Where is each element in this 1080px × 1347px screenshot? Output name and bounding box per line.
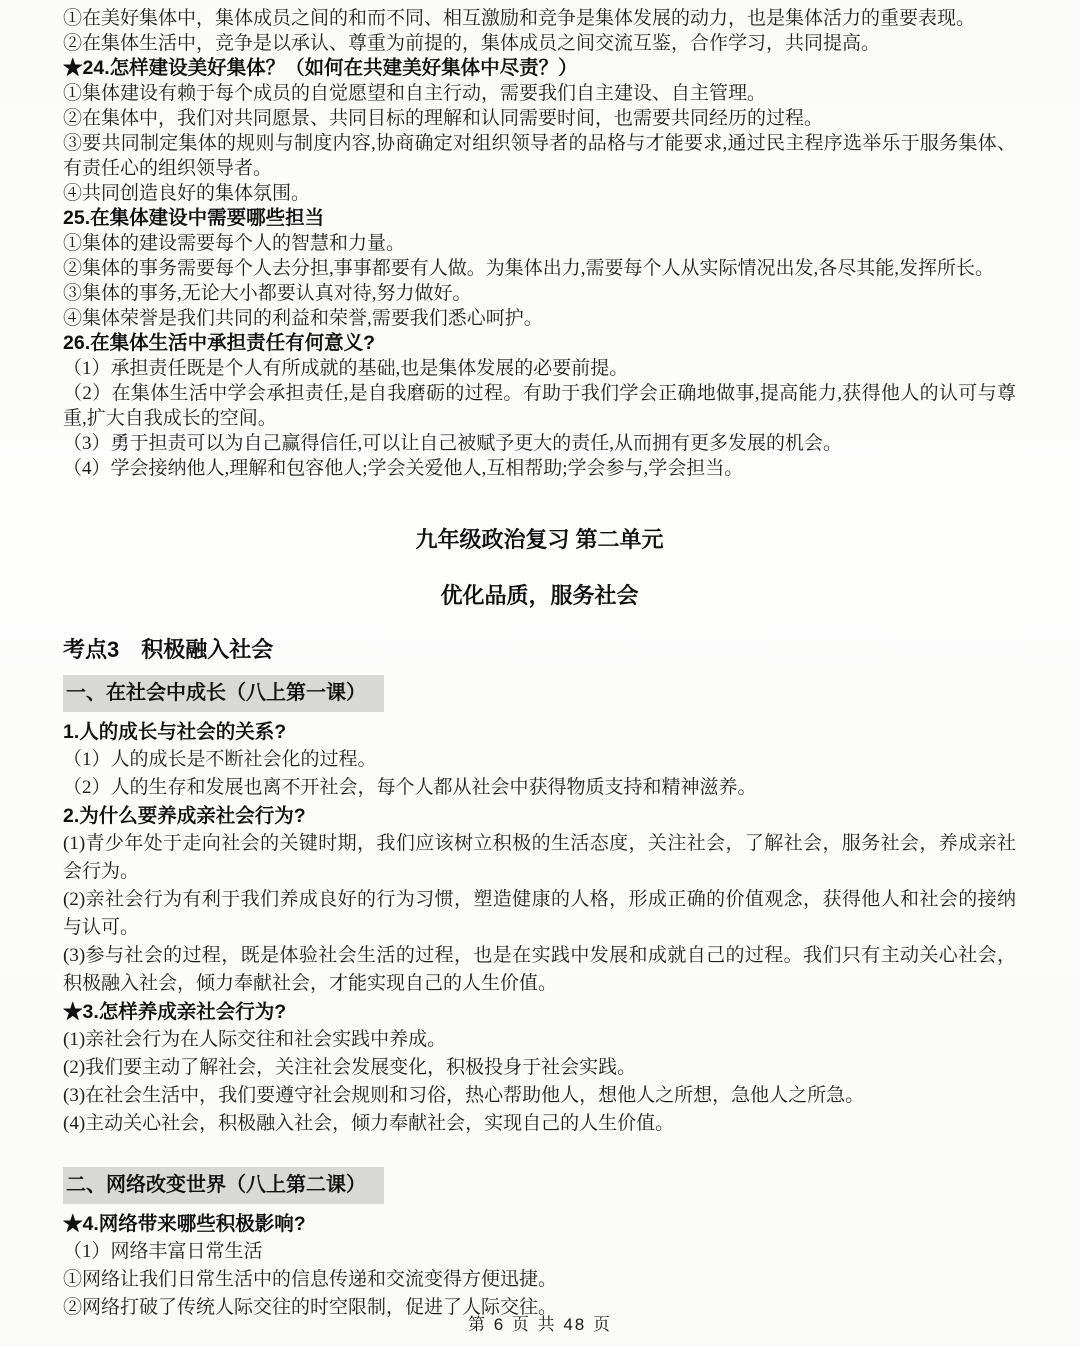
question-heading-3: ★3.怎样养成亲社会行为? (63, 998, 1016, 1026)
body-line: (2)我们要主动了解社会，关注社会发展变化，积极投身于社会实践。 (63, 1054, 1016, 1082)
body-line: （1）人的成长是不断社会化的过程。 (63, 746, 1016, 774)
question-heading-2: 2.为什么要养成亲社会行为? (63, 802, 1016, 830)
section-banner-2: 二、网络改变世界（八上第二课） (63, 1167, 384, 1204)
body-line: （2）在集体生活中学会承担责任,是自我磨砺的过程。有助于我们学会正确地做事,提高… (63, 381, 1016, 431)
body-line: (1)青少年处于走向社会的关键时期，我们应该树立积极的生活态度，关注社会，了解社… (63, 830, 1016, 886)
body-line: ②在集体中，我们对共同愿景、共同目标的理解和认同需要时间，也需要共同经历的过程。 (63, 106, 1016, 131)
document-page: ①在美好集体中，集体成员之间的和而不同、相互激励和竞争是集体发展的动力，也是集体… (0, 0, 1080, 1347)
unit-subtitle: 优化品质，服务社会 (63, 581, 1016, 611)
body-line: ①网络让我们日常生活中的信息传递和交流变得方便迅捷。 (63, 1266, 1016, 1294)
body-line: （1）网络丰富日常生活 (63, 1238, 1016, 1266)
section-row: 二、网络改变世界（八上第二课） (63, 1167, 1016, 1204)
question-heading-25: 25.在集体建设中需要哪些担当 (63, 206, 1016, 231)
unit-title: 九年级政治复习 第二单元 (63, 525, 1016, 555)
page-footer: 第 6 页 共 48 页 (0, 1310, 1080, 1335)
body-line: ①集体建设有赖于每个成员的自觉愿望和自主行动，需要我们自主建设、自主管理。 (63, 81, 1016, 106)
body-line: ③集体的事务,无论大小都要认真对待,努力做好。 (63, 281, 1016, 306)
question-heading-26: 26.在集体生活中承担责任有何意义? (63, 331, 1016, 356)
body-line: （2）人的生存和发展也离不开社会，每个人都从社会中获得物质支持和精神滋养。 (63, 774, 1016, 802)
body-line: （3）勇于担责可以为自己赢得信任,可以让自己被赋予更大的责任,从而拥有更多发展的… (63, 431, 1016, 456)
question-heading-4: ★4.网络带来哪些积极影响? (63, 1210, 1016, 1238)
body-line: (1)亲社会行为在人际交往和社会实践中养成。 (63, 1026, 1016, 1054)
body-line: ②集体的事务需要每个人去分担,事事都要有人做。为集体出力,需要每个人从实际情况出… (63, 256, 1016, 281)
question-heading-1: 1.人的成长与社会的关系? (63, 718, 1016, 746)
body-line: ④集体荣誉是我们共同的利益和荣誉,需要我们悉心呵护。 (63, 306, 1016, 331)
body-line: ①集体的建设需要每个人的智慧和力量。 (63, 231, 1016, 256)
body-line: （4）学会接纳他人,理解和包容他人;学会关爱他人,互相帮助;学会参与,学会担当。 (63, 456, 1016, 481)
body-line: ③要共同制定集体的规则与制度内容,协商确定对组织领导者的品格与才能要求,通过民主… (63, 131, 1016, 181)
section-row: 一、在社会中成长（八上第一课） (63, 675, 1016, 712)
body-line: (3)参与社会的过程，既是体验社会生活的过程，也是在实践中发展和成就自己的过程。… (63, 942, 1016, 998)
body-line: (2)亲社会行为有利于我们养成良好的行为习惯，塑造健康的人格，形成正确的价值观念… (63, 886, 1016, 942)
body-line: (4)主动关心社会，积极融入社会，倾力奉献社会，实现自己的人生价值。 (63, 1110, 1016, 1138)
section-banner-1: 一、在社会中成长（八上第一课） (63, 675, 384, 712)
body-line: （1）承担责任既是个人有所成就的基础,也是集体发展的必要前提。 (63, 356, 1016, 381)
body-line: ①在美好集体中，集体成员之间的和而不同、相互激励和竞争是集体发展的动力，也是集体… (63, 6, 1016, 31)
topic-heading: 考点3 积极融入社会 (63, 635, 1016, 665)
body-line: (3)在社会生活中，我们要遵守社会规则和习俗，热心帮助他人，想他人之所想，急他人… (63, 1082, 1016, 1110)
body-line: ②在集体生活中，竞争是以承认、尊重为前提的，集体成员之间交流互鉴，合作学习，共同… (63, 31, 1016, 56)
question-heading-24: ★24.怎样建设美好集体？（如何在共建美好集体中尽责？） (63, 56, 1016, 81)
body-line: ④共同创造良好的集体氛围。 (63, 181, 1016, 206)
